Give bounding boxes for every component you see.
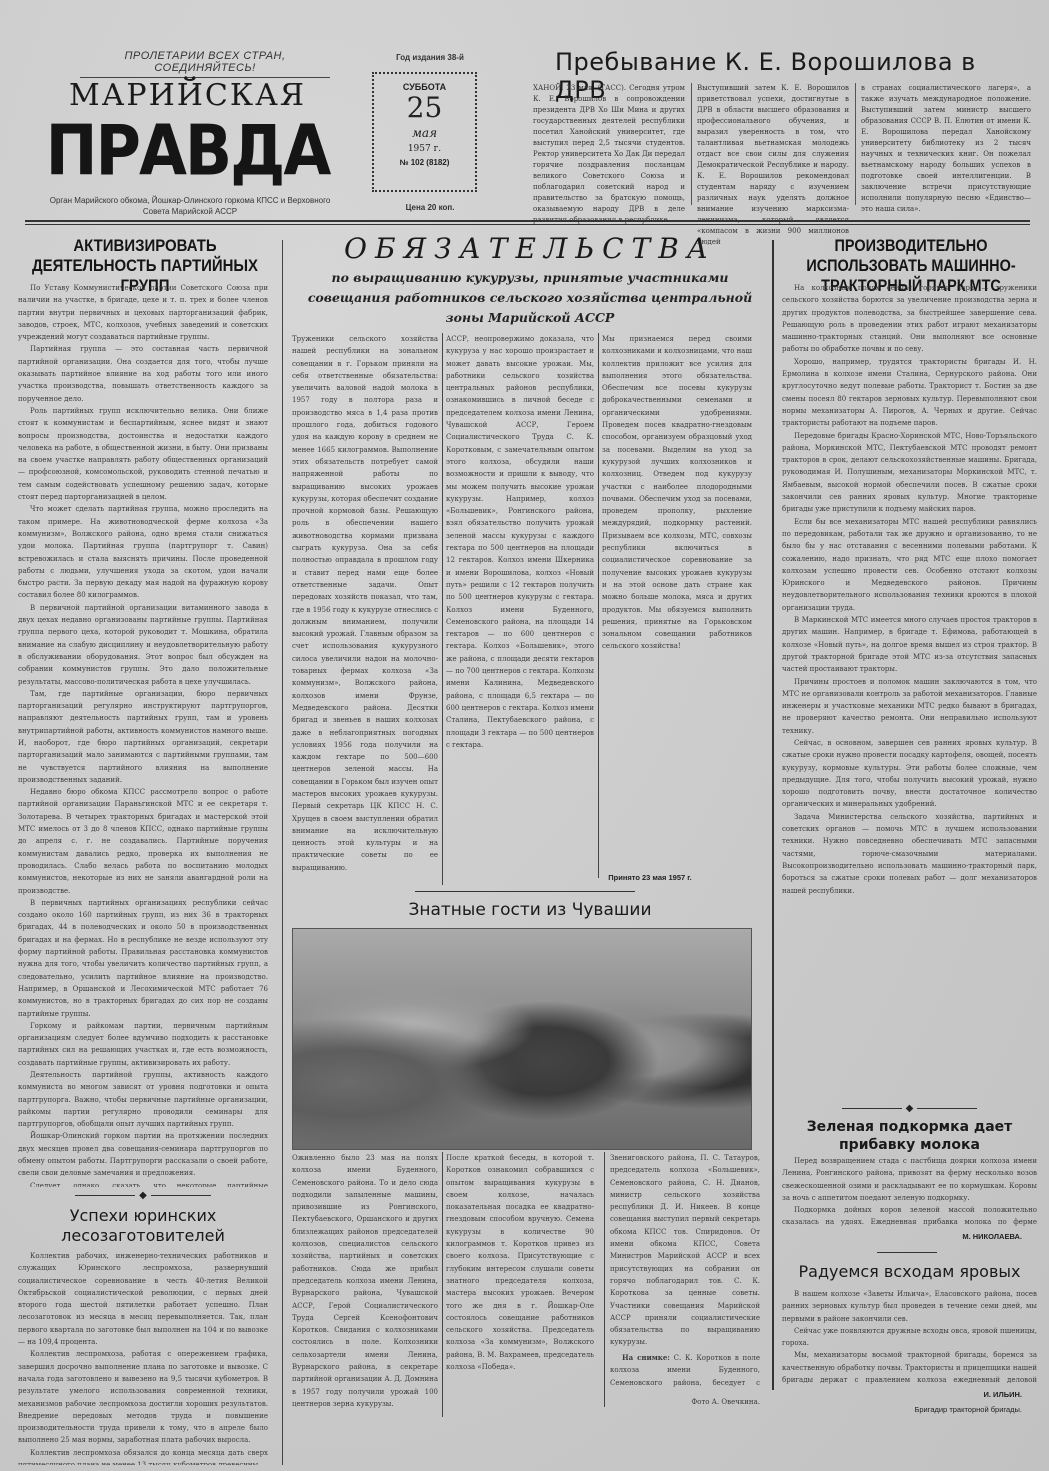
paragraph: Йошкар-Олинский горком партии на протяже… (18, 1130, 268, 1179)
yurino-headline-line2: лесозаготовителей (18, 1226, 268, 1246)
paragraph: Роль партийных групп исключительно велик… (18, 405, 268, 503)
obligations-subheadline: по выращиванию кукурузы, принятые участн… (290, 268, 770, 328)
milk-headline-line1: Зеленая подкормка дает (782, 1118, 1037, 1136)
paragraph: На колхозных полях сейчас горячая пора —… (782, 282, 1037, 356)
masthead-rule (25, 220, 1030, 225)
sprouts-headline: Радуемся всходам яровых (782, 1262, 1037, 1282)
section-divider (415, 891, 635, 892)
yurino-headline-line1: Успехи юринских (18, 1206, 268, 1226)
column-divider (442, 1152, 443, 1417)
paragraph: Причины простоев и поломок машин заключа… (782, 676, 1037, 737)
paragraph: Деятельность партийной группы, активност… (18, 1069, 268, 1130)
masthead-motto: ПРОЛЕТАРИИ ВСЕХ СТРАН, СОЕДИНЯЙТЕСЬ! (80, 50, 330, 78)
paragraph: В Маркинской МТС имеется много случаев п… (782, 614, 1037, 675)
chuvash-column-2: После краткой беседы, в которой т. Корот… (446, 1152, 594, 1417)
milk-signature: М. НИКОЛАЕВА. (782, 1232, 1022, 1241)
paragraph: Передовые бригады Красно-Хоринской МТС, … (782, 430, 1037, 516)
obligations-headline: ОБЯЗАТЕЛЬСТВА (290, 232, 770, 265)
chuvash-column-3: Звениговского района, П. С. Татауров, пр… (610, 1152, 760, 1347)
date-year: 1957 г. (374, 144, 475, 154)
column-divider (282, 240, 283, 1465)
paragraph: Горкому и райкомам партии, первичным пар… (18, 1020, 268, 1069)
paragraph: Коллектив рабочих, инженерно-технических… (18, 1250, 268, 1348)
ornament-divider: ◆ (18, 1190, 268, 1200)
sprouts-signature-role: Бригадир тракторной бригады. (782, 1405, 1022, 1414)
column-divider (442, 333, 443, 885)
paragraph: Сейчас, в основном, завершен сев ранних … (782, 737, 1037, 811)
paragraph: Недавно бюро обкома КПСС рассмотрело воп… (18, 786, 268, 897)
yurino-article-body: Коллектив рабочих, инженерно-технических… (18, 1250, 268, 1465)
paragraph: Там, где партийные организации, бюро пер… (18, 688, 268, 786)
obligations-adopted-date: Принято 23 мая 1957 г. (600, 873, 700, 882)
column-divider (772, 240, 774, 1390)
ornament-divider: ◆ (782, 1103, 1037, 1113)
photo-caption: На снимке: С. К. Коротков в поле колхоза… (610, 1352, 760, 1392)
caption-label: На снимке: (622, 1353, 670, 1362)
column-divider (604, 1152, 605, 1407)
paragraph: Подкормка дойных коров зеленой массой по… (782, 1204, 1037, 1227)
voroshilov-column-1: ХАНОЙ, 23 мая. (ТАСС). Сегодня утром К. … (533, 83, 685, 226)
milk-article-body: Перед возвращением стада с пастбища дояр… (782, 1155, 1037, 1227)
paragraph: В первичной партийной организации витами… (18, 602, 268, 688)
column-divider (598, 333, 599, 878)
photo-credit: Фото А. Овечкина. (660, 1396, 760, 1408)
voroshilov-column-3: в странах социалистического лагеря», а т… (861, 83, 1031, 215)
right-article-body: На колхозных полях сейчас горячая пора —… (782, 282, 1037, 1102)
chuvash-column-1: Оживленно было 23 мая на полях колхоза и… (292, 1152, 438, 1432)
paragraph: Партийная группа — это составная часть п… (18, 343, 268, 404)
milk-headline-line2: прибавку молока (782, 1136, 1037, 1154)
obligations-column-1: Труженики сельского хозяйства нашей респ… (292, 333, 438, 888)
milk-headline: Зеленая подкормка дает прибавку молока (782, 1118, 1037, 1154)
date-box: СУББОТА 25 мая 1957 г. № 102 (8182) (372, 72, 477, 192)
chuvash-guests-headline: Знатные гости из Чувашии (290, 900, 770, 920)
section-divider (877, 1252, 937, 1253)
obligations-column-2: АССР, неопровержимо доказала, что кукуру… (446, 333, 594, 888)
year-of-publication: Год издания 38-й (380, 53, 480, 62)
sprouts-signature: И. ИЛЬИН. (782, 1390, 1022, 1399)
paragraph: Коллектив леспромхоза обязался до конца … (18, 1447, 268, 1465)
column-divider (855, 83, 856, 205)
paragraph: Если бы все механизаторы МТС нашей респу… (782, 516, 1037, 614)
obligations-column-3: Мы признаемся перед своими колхозниками … (602, 333, 752, 863)
paragraph: Задача Министерства сельского хозяйства,… (782, 811, 1037, 897)
paragraph: Мы, механизаторы восьмой тракторной бриг… (782, 1349, 1037, 1388)
issue-price: Цена 20 коп. (380, 203, 480, 212)
date-day: 25 (374, 92, 475, 124)
paragraph: Коллектив леспромхоза, работая с опереже… (18, 1348, 268, 1446)
column-divider (691, 83, 692, 205)
masthead-organ: Орган Марийского обкома, Йошкар-Олинског… (40, 195, 340, 217)
paragraph: Следует, однако, сказать, что некоторые … (18, 1180, 268, 1187)
paragraph: Что может сделать партийная группа, можн… (18, 503, 268, 601)
paragraph: Сейчас уже появляются дружные всходы овс… (782, 1325, 1037, 1350)
left-article-body: По Уставу Коммунистической партии Советс… (18, 282, 268, 1187)
issue-number: № 102 (8182) (374, 158, 475, 167)
sprouts-article-body: В нашем колхозе «Заветы Ильича», Еласовс… (782, 1288, 1037, 1388)
yurino-headline: Успехи юринских лесозаготовителей (18, 1206, 268, 1246)
paragraph: По Уставу Коммунистической партии Советс… (18, 282, 268, 343)
paragraph: В нашем колхозе «Заветы Ильича», Еласовс… (782, 1288, 1037, 1325)
newspaper-name-line1: МАРИЙСКАЯ (45, 78, 330, 113)
paragraph: Перед возвращением стада с пастбища дояр… (782, 1155, 1037, 1204)
news-photo (292, 928, 752, 1150)
paragraph: В первичных партийных организациях респу… (18, 897, 268, 1020)
newspaper-name-line2: ПРАВДА (40, 112, 335, 190)
date-month: мая (374, 126, 475, 140)
paragraph: Хорошо, например, трудятся трактористы б… (782, 356, 1037, 430)
